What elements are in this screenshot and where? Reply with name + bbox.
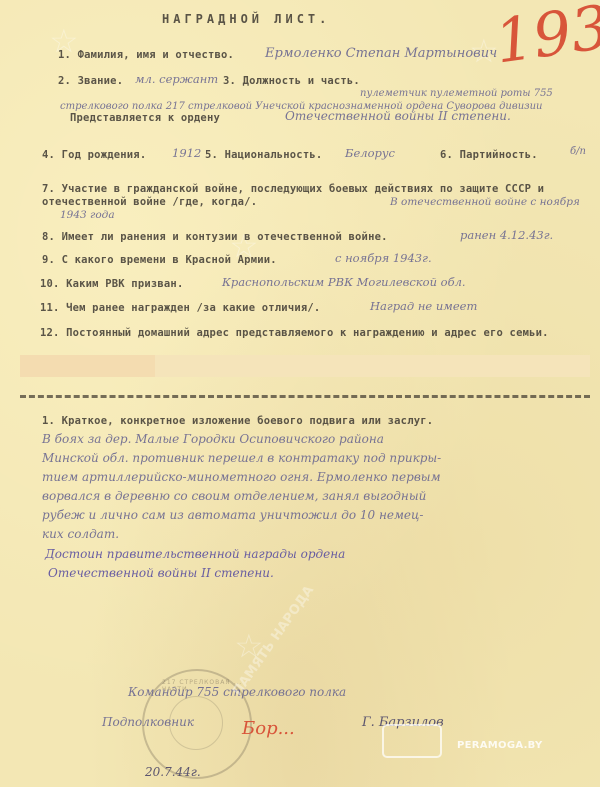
- feat-line: Достоин правительственной награды ордена: [45, 547, 345, 561]
- feat-line: В боях за дер. Малые Городки Осиповичско…: [42, 432, 384, 446]
- field-5-value: Белорус: [345, 146, 395, 160]
- field-1-label: 1. Фамилия, имя и отчество.: [58, 49, 234, 61]
- signature-date: 20.7.44г.: [145, 765, 201, 779]
- feat-line: тием артиллерийско-минометного огня. Ерм…: [42, 470, 441, 484]
- field-10-label: 10. Каким РВК призван.: [40, 278, 183, 290]
- field-8-value: ранен 4.12.43г.: [460, 228, 553, 242]
- field-6-value: б/п: [570, 146, 586, 157]
- registration-mark: 193: [491, 0, 600, 78]
- cursor-badge-icon: [382, 724, 442, 758]
- feat-line: ких солдат.: [42, 527, 119, 541]
- feat-line: ворвался в деревню со своим отделением, …: [42, 489, 426, 503]
- field-9-value: с ноября 1943г.: [335, 251, 432, 265]
- redacted-address-block: [20, 355, 155, 377]
- feat-line: рубеж и лично сам из автомата уничтожил …: [42, 508, 423, 522]
- document-title: НАГРАДНОЙ ЛИСТ.: [162, 12, 330, 26]
- site-watermark: PERAMOGA.BY: [457, 740, 543, 751]
- field-11-label: 11. Чем ранее награжден /за какие отличи…: [40, 302, 320, 314]
- feat-line: Отечественной войны II степени.: [48, 566, 274, 580]
- field-12-label: 12. Постоянный домашний адрес представля…: [40, 327, 580, 339]
- field-2-label: 2. Звание.: [58, 75, 123, 87]
- field-2-value: мл. сержант: [135, 72, 218, 86]
- feat-line: Минской обл. противник перешел в контрат…: [42, 451, 441, 465]
- signature-red-mark: Бор...: [242, 718, 295, 739]
- feat-heading: 1. Краткое, конкретное изложение боевого…: [42, 415, 433, 427]
- field-presented-value: Отечественной войны II степени.: [285, 109, 511, 123]
- field-11-value: Наград не имеет: [370, 299, 477, 313]
- field-6-label: 6. Партийность.: [440, 149, 538, 161]
- section-divider: [20, 395, 590, 398]
- field-7-value: В отечественной войне с ноября 1943 года: [60, 196, 580, 222]
- field-1-value: Ермоленко Степан Мартынович: [265, 46, 497, 61]
- field-presented-label: Представляется к ордену: [70, 112, 220, 124]
- field-5-label: 5. Национальность.: [205, 149, 322, 161]
- field-8-label: 8. Имеет ли ранения и контузии в отечест…: [42, 231, 388, 243]
- field-10-value: Краснопольским РВК Могилевской обл.: [222, 275, 466, 289]
- field-4-label: 4. Год рождения.: [42, 149, 146, 161]
- signature-position-line2: Подполковник: [102, 715, 194, 729]
- field-4-value: 1912: [172, 146, 201, 160]
- field-9-label: 9. С какого времени в Красной Армии.: [42, 254, 277, 266]
- field-3-label: 3. Должность и часть.: [223, 75, 360, 87]
